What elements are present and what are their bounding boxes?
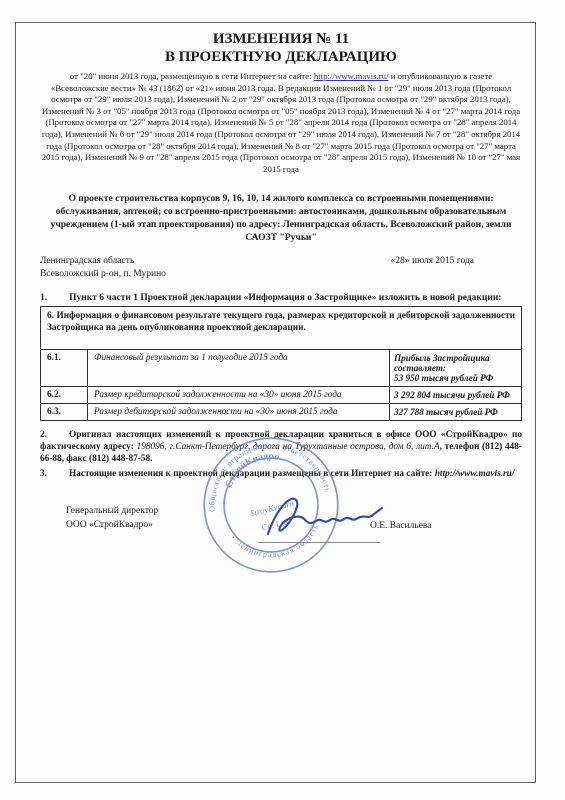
financial-declaration-table: 6. Информация о финансовом результате те… bbox=[40, 306, 522, 421]
table-row: 6.3. Размер дебиторской задолженности на… bbox=[41, 404, 522, 421]
row-label: Размер кредиторской задолженности на «30… bbox=[88, 387, 390, 404]
intro-text-after-link: и опубликованную в газете «Всеволожские … bbox=[42, 71, 520, 174]
role-line1: Генеральный директор bbox=[66, 504, 158, 518]
region-line: Ленинградская область bbox=[40, 255, 166, 268]
table-row: 6.1. Финансовый результат за 1 полугодие… bbox=[41, 350, 522, 387]
clause-1-text: Пункт 6 части 1 Проектной декларации «Ин… bbox=[69, 293, 501, 303]
row-number: 6.2. bbox=[41, 387, 88, 404]
clause-1-number: 1. bbox=[40, 293, 47, 303]
row-value-line1: Прибыль Застройщика составляет: bbox=[394, 353, 518, 373]
row-number: 6.3. bbox=[41, 404, 88, 421]
place-and-date-row: Ленинградская область Всеволожский р-он,… bbox=[40, 255, 522, 280]
document-title-line1: ИЗМЕНЕНИЯ № 11 bbox=[40, 30, 522, 48]
clause-2-number: 2. bbox=[40, 430, 47, 440]
handwritten-signature bbox=[246, 490, 396, 546]
row-value: 3 292 804 тысячи рублей РФ bbox=[389, 387, 521, 404]
table-row: 6.2. Размер кредиторской задолженности н… bbox=[41, 387, 522, 404]
mavis-site-url-text: http://www.mavis.ru/ bbox=[435, 469, 515, 479]
row-number: 6.1. bbox=[41, 350, 88, 387]
document-date: «28» июля 2015 года bbox=[391, 255, 474, 280]
project-description: О проекте строительства корпусов 9, 16, … bbox=[40, 192, 522, 244]
clause-3-number: 3. bbox=[40, 469, 47, 479]
intro-paragraph: от "20" июня 2013 года, размещенную в се… bbox=[40, 71, 522, 175]
mavis-site-link[interactable]: http://www.mavis.ru/ bbox=[314, 71, 389, 81]
intro-text-before-link: от "20" июня 2013 года, размещенную в се… bbox=[70, 71, 314, 81]
table-header-row: 6. Информация о финансовом результате те… bbox=[41, 307, 522, 350]
location-block: Ленинградская область Всеволожский р-он,… bbox=[40, 255, 166, 280]
district-line: Всеволожский р-он, п. Мурино bbox=[40, 268, 166, 281]
row-label: Финансовый результат за 1 полугодие 2015… bbox=[88, 350, 390, 387]
row-label: Размер дебиторской задолженности на «30»… bbox=[88, 404, 390, 421]
row-value: 327 788 тысяч рублей РФ bbox=[389, 404, 521, 421]
document-title-line2: В ПРОЕКТНУЮ ДЕКЛАРАЦИЮ bbox=[40, 48, 522, 66]
row-value-line2: 53 950 тысяч рублей РФ bbox=[394, 373, 518, 383]
row-value: Прибыль Застройщика составляет: 53 950 т… bbox=[389, 350, 521, 387]
table-header-cell: 6. Информация о финансовом результате те… bbox=[41, 307, 522, 350]
page-border-frame: ИЗМЕНЕНИЯ № 11 В ПРОЕКТНУЮ ДЕКЛАРАЦИЮ от… bbox=[15, 22, 536, 783]
signatory-role: Генеральный директор ООО «СтройКвадро» bbox=[66, 504, 158, 532]
clause-1: 1.Пункт 6 части 1 Проектной декларации «… bbox=[40, 292, 522, 304]
scanned-document-page: ИЗМЕНЕНИЯ № 11 В ПРОЕКТНУЮ ДЕКЛАРАЦИЮ от… bbox=[0, 0, 565, 800]
role-line2: ООО «СтройКвадро» bbox=[66, 518, 158, 532]
